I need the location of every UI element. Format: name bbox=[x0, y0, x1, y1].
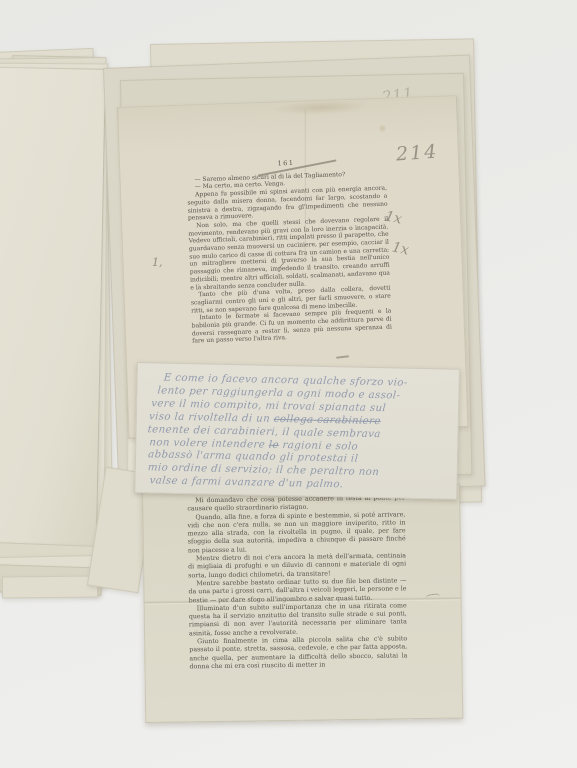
handwriting-text: viso la rivoltella di un bbox=[148, 411, 274, 425]
typed-paragraph: Intanto le fermate si facevano sempre pi… bbox=[191, 308, 392, 346]
handwriting-text: ragioni e solo bbox=[278, 440, 358, 453]
handwriting-text: valse a farmi avanzare d'un palmo. bbox=[149, 476, 344, 491]
typed-page-lower: Mi domandavo che cosa potesse accadere i… bbox=[142, 484, 463, 723]
manuscript-photograph: 211 161 — Saremo almeno sicuri al di là … bbox=[0, 0, 577, 768]
typed-text-column: 161 — Saremo almeno sicuri al di là del … bbox=[186, 157, 392, 346]
typed-paragraph: Non solo, ma che quelli stessi che dovev… bbox=[188, 216, 390, 292]
fanned-sheet-edge bbox=[2, 575, 98, 598]
typed-text-column: Mi domandavo che cosa potesse accadere i… bbox=[187, 494, 407, 671]
handwritten-slip: E come io facevo ancora qualche sforzo v… bbox=[134, 362, 460, 500]
page-number: 161 bbox=[186, 157, 386, 172]
handwriting-text: non volere intendere bbox=[149, 437, 269, 450]
typed-paragraph: Mentre dietro di noi c'era ancora la met… bbox=[188, 552, 406, 580]
typed-paragraph: Giunto finalmente in cima alla piccola s… bbox=[189, 635, 407, 671]
paper-crease bbox=[305, 109, 306, 259]
blank-sheet-top bbox=[0, 66, 106, 569]
typed-paragraph: Illuminato d'un subito sull'importanza c… bbox=[189, 602, 407, 638]
typed-paragraph: Quando, alla fine, a forza di spinte e b… bbox=[187, 511, 406, 556]
handwriting-struck-text: collega carabiniere bbox=[273, 414, 381, 427]
